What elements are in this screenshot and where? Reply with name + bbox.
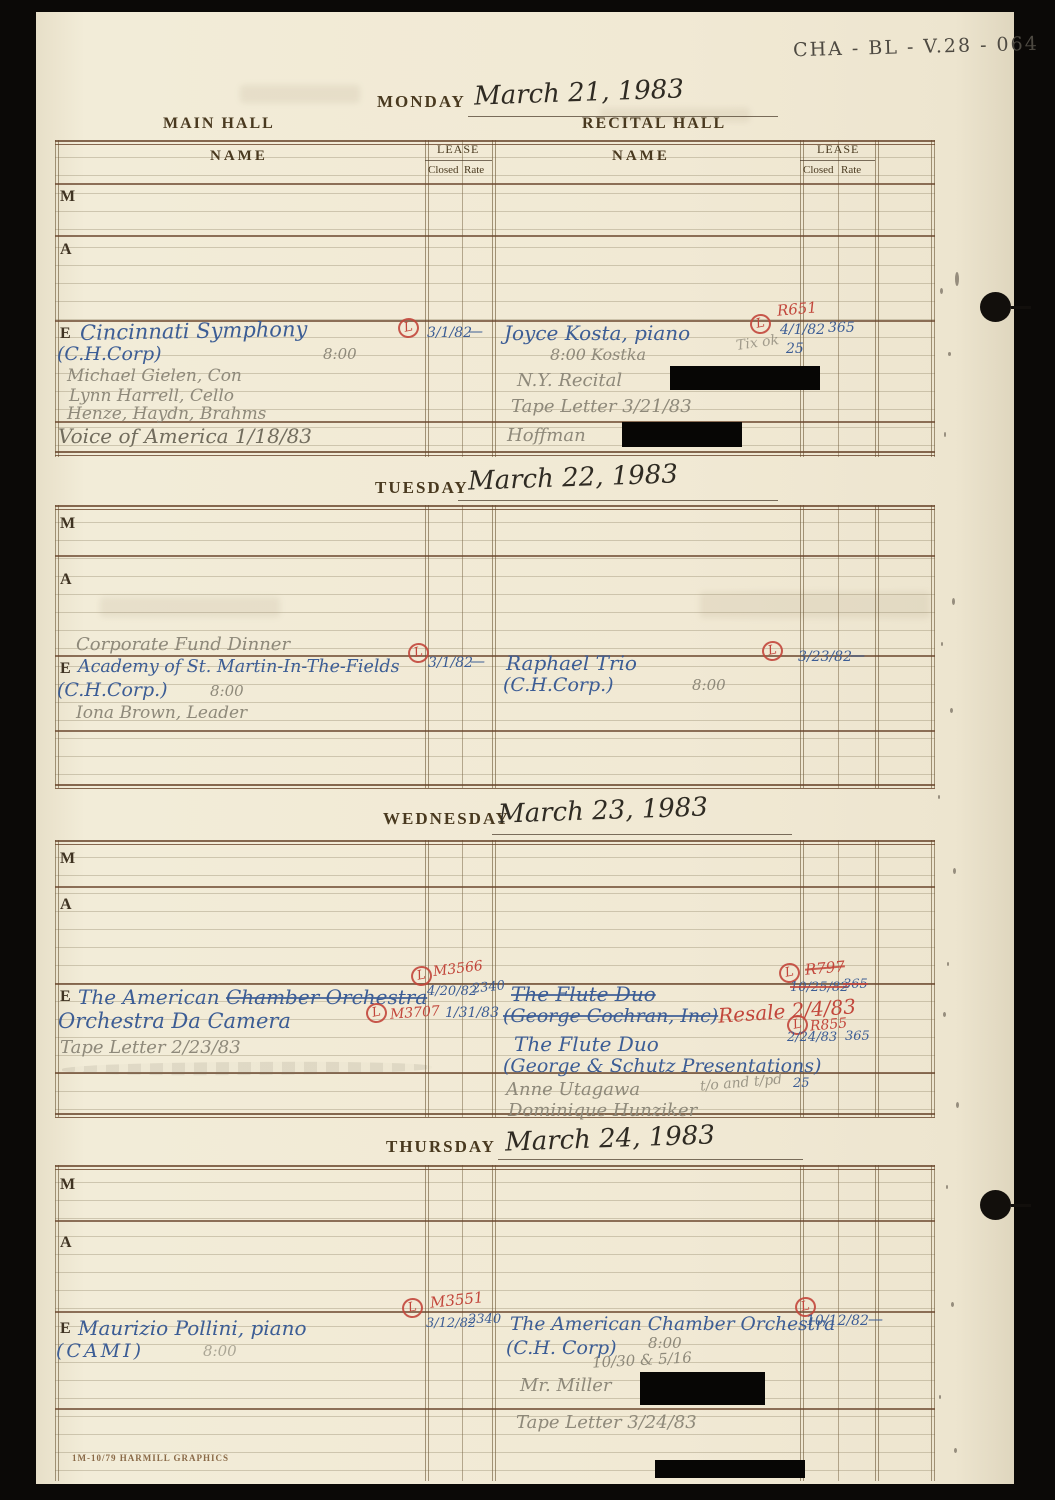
row-rule [55,730,935,732]
paper-speck [954,1448,957,1453]
closed-header-main: Closed [428,164,459,176]
column-rule [800,505,804,788]
paper-speck [952,598,955,605]
row-rule [55,784,935,789]
entry-act: The American Chamber Orchestra [510,1313,835,1335]
lease-rate-struck: 365 [843,977,868,992]
entry-org-struck: (George Cochran, Inc) [503,1005,718,1027]
slot-afternoon: A [60,241,72,259]
recital-hall-header: RECITAL HALL [582,115,726,133]
paper-speck [956,1102,959,1108]
slot-evening: E [60,660,71,678]
paper-speck [947,962,949,966]
column-rule [931,840,935,1117]
slot-afternoon: A [60,896,72,914]
row-rule [55,1220,935,1222]
lease-rate: — [470,652,485,670]
column-rule [462,140,463,457]
slot-evening: E [60,988,71,1006]
day-label-thursday: THURSDAY [386,1137,496,1157]
entry-note: Mr. Miller [520,1375,611,1396]
slot-evening: E [60,1320,71,1338]
entry-note: Tape Letter 2/23/83 [60,1037,241,1058]
lease-rate2: 25 [786,341,804,357]
column-rule [492,505,496,788]
column-rule [55,140,59,457]
column-rule [55,505,59,788]
entry-note: Tape Letter 3/21/83 [511,396,692,417]
main-hall-header: MAIN HALL [163,115,275,133]
row-rule [55,505,935,510]
entry-act: Cincinnati Symphony [80,317,308,345]
lease-rate: 365 [828,320,855,336]
row-rule [55,555,935,557]
paper-speck [953,868,956,874]
column-rule [838,505,839,788]
entry-act: Academy of St. Martin-In-The-Fields [78,656,400,677]
lease-rate: 2340 [468,1312,501,1327]
lease-closed: 4/1/82 [780,322,825,338]
slot-afternoon: A [60,571,72,589]
column-rule [838,840,839,1117]
column-rule [838,140,839,457]
entry-member: Anne Utagawa [506,1079,640,1100]
paper-speck [948,352,951,356]
entry-leader: Iona Brown, Leader [76,703,247,723]
entry-time-note: 8:00 Kostka [550,345,646,364]
column-rule [931,505,935,788]
row-rule [55,140,935,145]
entry-program: Henze, Haydn, Brahms [67,404,266,424]
entry-note: Hoffman [507,425,586,446]
lease-header-recital: LEASE [817,142,859,157]
lease-rate: — [468,322,483,340]
lease-closed: 1/31/83 [445,1005,499,1021]
lease-rate: — [850,646,865,664]
entry-act: The Flute Duo [514,1032,659,1056]
column-rule [931,1165,935,1481]
column-rule [931,140,935,457]
lease-closed: 10/12/82 [806,1313,869,1329]
lease-rule [425,160,492,161]
paper-speck [939,1395,941,1399]
lease-closed-struck: 10/25/82 [790,980,848,995]
slot-afternoon: A [60,1234,72,1252]
entry-act: Raphael Trio [506,651,637,675]
paper-speck [946,1185,948,1189]
paper-speck [941,642,943,646]
row-rule [55,183,935,185]
column-rule [462,840,463,1117]
entry-act-replacement: Orchestra Da Camera [58,1009,291,1033]
entry-pre-note: Corporate Fund Dinner [76,634,290,655]
entry-soloist: Lynn Harrell, Cello [69,386,234,406]
entry-time: 8:00 [203,1342,237,1360]
day-label-tuesday: TUESDAY [375,478,469,498]
column-rule [55,1165,59,1481]
row-rule [55,1165,935,1170]
entry-time: 8:00 [323,345,357,363]
entry-act-kept: The American [78,985,226,1009]
paper-speck [955,272,959,286]
lease-rate: 365 [845,1029,870,1044]
entry-org: (C.H.Corp) [57,343,162,365]
paper-speck [943,1012,946,1017]
lease-number-struck: R797 [804,957,845,978]
lease-rate2: 25 [793,1076,810,1091]
paper-speck [950,708,953,713]
row-rule [55,1408,935,1410]
day-label-monday: MONDAY [377,92,466,112]
date-rule [492,834,792,835]
paper-speck [938,795,940,799]
column-rule [875,840,879,1117]
column-rule [492,140,496,457]
column-rule [462,505,463,788]
column-rule [875,505,879,788]
lease-closed: 2/24/83 [787,1030,837,1045]
name-column-header-main: NAME [210,148,268,165]
column-rule [425,140,429,457]
slot-morning: M [60,850,75,868]
name-column-header-recital: NAME [612,148,670,165]
column-rule [55,840,59,1117]
rate-header-recital: Rate [841,164,861,176]
day-label-wednesday: WEDNESDAY [383,809,510,829]
paper-speck [940,288,943,294]
redaction-box [622,422,742,447]
closed-header-recital: Closed [803,164,834,176]
lease-closed: 3/1/82 [427,325,472,341]
paper-speck [951,1302,954,1307]
scan-background: CHA - BL - V.28 - 064 MONDAY March 21, 1… [0,0,1055,1500]
row-rule [55,840,935,845]
lease-closed: 3/1/82 [428,655,473,671]
slot-morning: M [60,515,75,533]
punch-hole [980,292,1011,322]
date-rule [458,500,778,501]
entry-note: Tape Letter 3/24/83 [516,1412,697,1433]
entry-act: Maurizio Pollini, piano [78,1316,307,1340]
entry-broadcast: Voice of America 1/18/83 [58,424,312,448]
printer-credit: 1M-10/79 HARMILL GRAPHICS [72,1453,229,1463]
lease-closed: 3/23/82 [798,649,852,665]
entry-act-struck: The Flute Duo [511,982,656,1006]
slot-evening: E [60,325,71,343]
lease-header-main: LEASE [437,142,479,157]
row-rule [55,235,935,237]
row-rule [55,886,935,888]
date-rule [498,1159,803,1160]
entry-org: (C.H.Corp.) [57,679,168,701]
row-rule [55,451,935,456]
lease-rule [800,160,875,161]
redaction-box [640,1372,765,1405]
lease-number: R651 [776,298,817,319]
punch-hole [980,1190,1011,1220]
entry-time: 8:00 [210,682,244,700]
slot-morning: M [60,1176,75,1194]
entry-org: (C.H.Corp.) [503,674,614,696]
entry-note: N.Y. Recital [517,370,622,391]
entry-act: Joyce Kosta, piano [504,321,690,345]
entry-conductor: Michael Gielen, Con [67,366,242,386]
entry-org: (CAMI) [56,1340,144,1362]
lease-rate: — [868,1310,883,1328]
column-rule [875,140,879,457]
row-rule [55,1113,935,1118]
slot-morning: M [60,188,75,206]
redaction-box [655,1460,805,1478]
entry-member: Dominique Hunziker [508,1100,697,1121]
lease-closed: 4/20/82 [427,984,477,999]
redaction-box [670,366,820,390]
rate-header-main: Rate [464,164,484,176]
paper-speck [944,432,946,437]
show-through-ghost [240,85,360,103]
entry-time: 8:00 [692,676,726,694]
